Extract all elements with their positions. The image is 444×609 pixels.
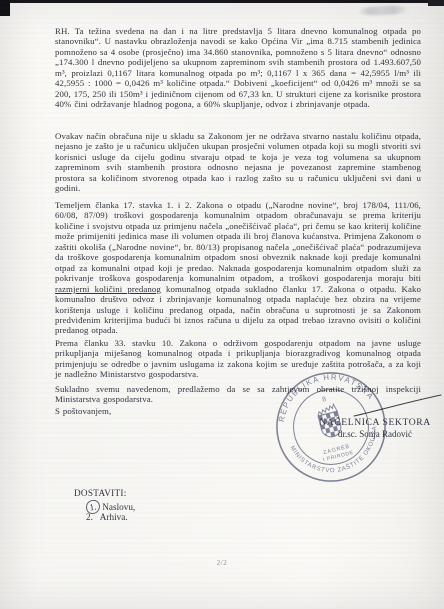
- underlined-phrase: razmjerni količini predanog: [55, 284, 161, 294]
- signatory-name: dr.sc. Sonja Radović: [290, 429, 444, 439]
- distribution-list: DOSTAVITI: 1. Naslovu, 2. Arhiva.: [74, 488, 135, 524]
- scanned-document-page: RH. Ta težina svedena na dan i na litre …: [0, 0, 444, 609]
- list-item: 1. Naslovu,: [86, 500, 135, 511]
- item-text: Arhiva.: [100, 512, 128, 522]
- item-text: Naslovu,: [102, 502, 135, 512]
- pencil-smudge: [358, 5, 410, 17]
- stamp-number: 8: [322, 396, 328, 404]
- distribution-label: DOSTAVITI:: [74, 488, 135, 498]
- paragraph-legal-basis: Temeljem članka 17. stavka 1. i 2. Zakon…: [55, 200, 421, 336]
- paragraph-waste-volume-calculation: RH. Ta težina svedena na dan i na litre …: [55, 26, 421, 110]
- legal-basis-text-before: Temeljem članka 17. stavka 1. i 2. Zakon…: [55, 200, 421, 283]
- paragraph-calculation-objection: Ovakav način obračuna nije u skladu sa Z…: [55, 131, 421, 194]
- scanner-corner-mark-left: [0, 0, 10, 16]
- signatory-title: NAČELNICA SEKTORA: [290, 417, 444, 428]
- page-number: 2/2: [0, 559, 444, 567]
- scanner-corner-mark-right: [428, 0, 444, 6]
- scanner-edge-line: [0, 0, 444, 3]
